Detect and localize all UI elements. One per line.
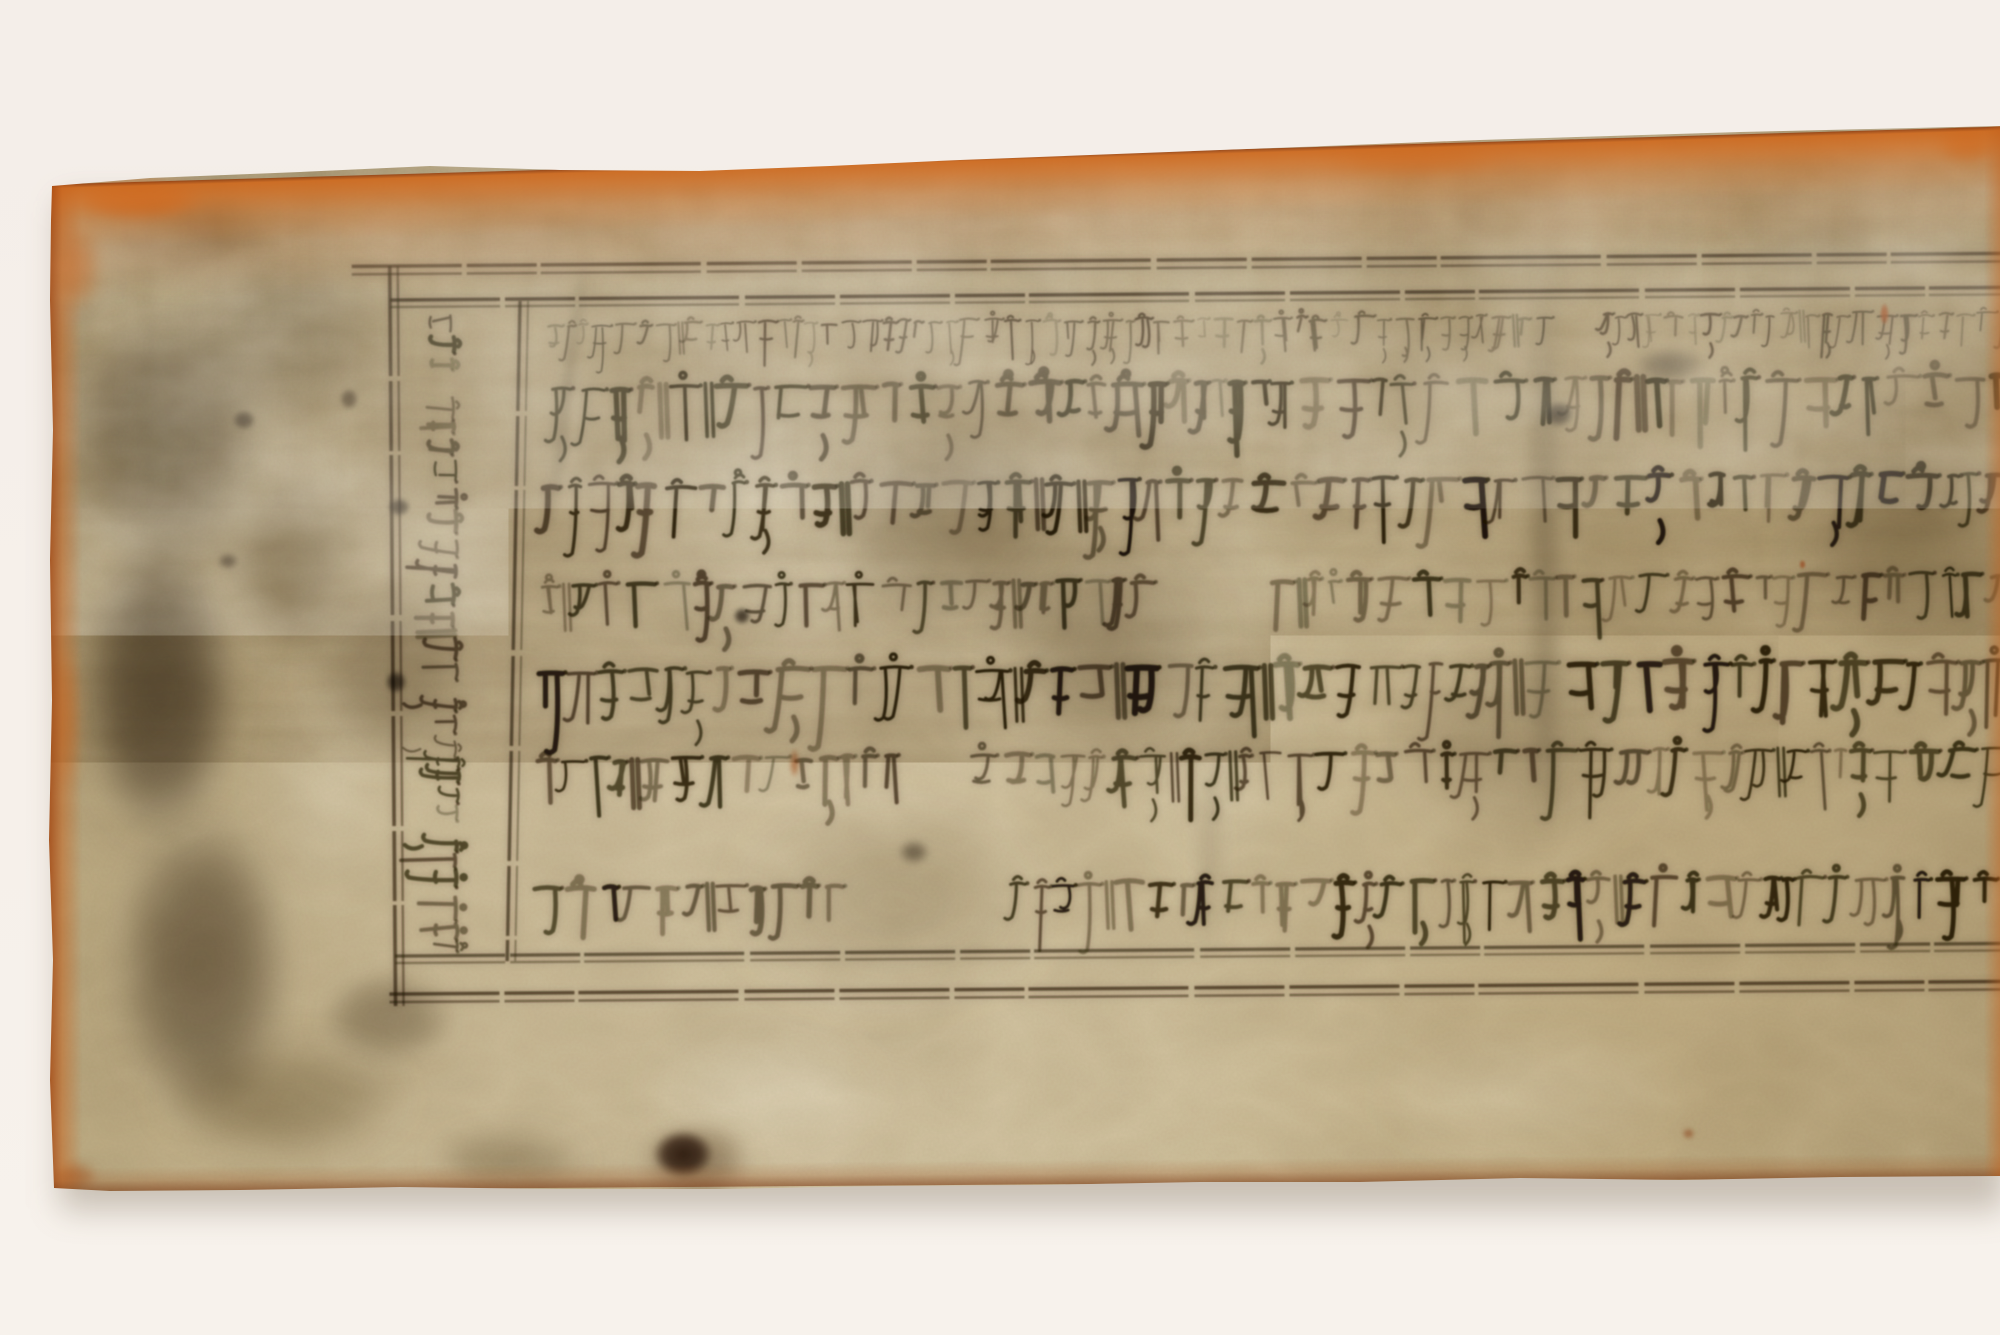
- edge-dye-layer: [0, 0, 2000, 1335]
- edge-dye-patch: [46, 205, 108, 330]
- edge-dye-patch: [40, 168, 235, 230]
- photograph-backdrop: [0, 0, 2000, 1335]
- edge-dye-patch: [44, 615, 86, 820]
- edge-dye-patch: [1280, 135, 1545, 180]
- manuscript-leaf: [0, 0, 2000, 1335]
- edge-dye-patch: [1925, 118, 2000, 170]
